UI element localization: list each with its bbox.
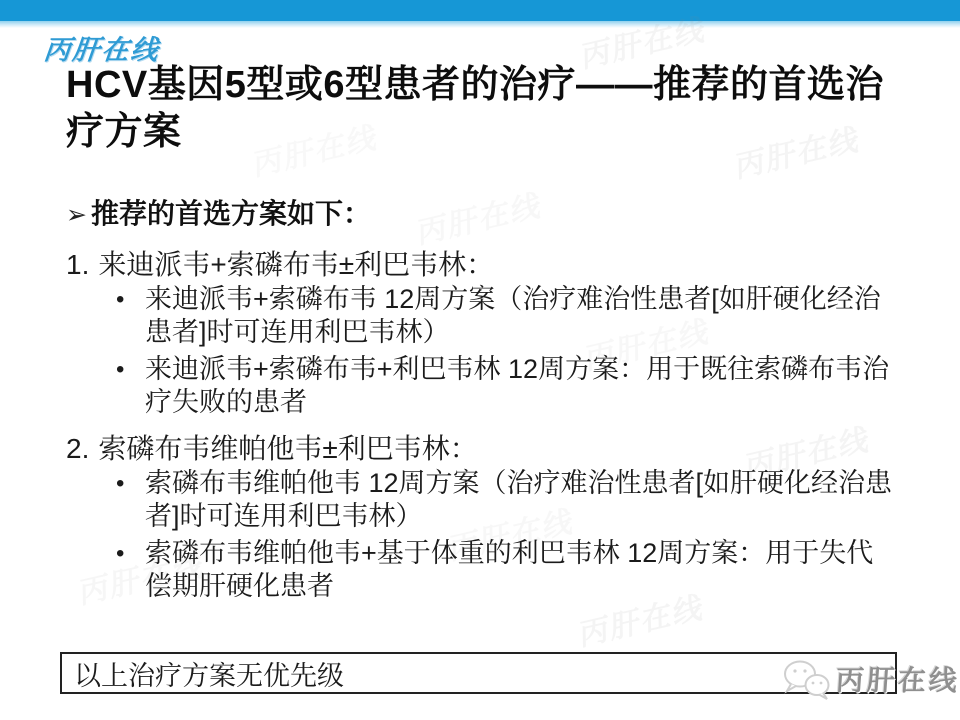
bullet-icon: • bbox=[116, 353, 145, 386]
list-item: • 索磷布韦维帕他韦 12周方案（治疗难治性患者[如肝硬化经治患者]时可连用利巴… bbox=[116, 467, 893, 533]
list-item: • 索磷布韦维帕他韦+基于体重的利巴韦林 12周方案：用于失代偿期肝硬化患者 bbox=[116, 537, 893, 603]
arrowhead-bullet-icon: ➢ bbox=[66, 201, 87, 229]
group-2-title: 2.索磷布韦维帕他韦±利巴韦林： bbox=[66, 427, 478, 467]
watermark-text: 丙肝在线 bbox=[417, 179, 543, 253]
top-bar bbox=[0, 0, 960, 21]
wechat-icon bbox=[782, 658, 832, 700]
bullet-icon: • bbox=[116, 537, 145, 570]
top-bar-gradient bbox=[0, 21, 960, 28]
bullet-icon: • bbox=[116, 283, 145, 316]
slide-title: HCV基因5型或6型患者的治疗——推荐的首选治疗方案 bbox=[66, 62, 912, 156]
list-item: • 来迪派韦+索磷布韦 12周方案（治疗难治性患者[如肝硬化经治患者]时可连用利… bbox=[116, 283, 893, 349]
group-1-title: 1.来迪派韦+索磷布韦±利巴韦林： bbox=[66, 243, 494, 283]
footer-logo: 丙肝在线 bbox=[782, 658, 960, 700]
group-1-number: 1. bbox=[66, 249, 89, 280]
intro-text: 推荐的首选方案如下： bbox=[91, 198, 371, 229]
presentation-slide: 丙肝在线 丙肝在线 丙肝在线 丙肝在线 丙肝在线 丙肝在线 丙肝在线 丙肝在线 … bbox=[0, 0, 960, 720]
group-2-number: 2. bbox=[66, 433, 89, 464]
group-2-title-text: 索磷布韦维帕他韦±利巴韦林： bbox=[98, 433, 477, 464]
footnote-text: 以上治疗方案无优先级 bbox=[62, 654, 344, 693]
list-item-text: 索磷布韦维帕他韦+基于体重的利巴韦林 12周方案：用于失代偿期肝硬化患者 bbox=[145, 537, 893, 603]
intro-line: ➢推荐的首选方案如下： bbox=[66, 192, 371, 232]
bullet-icon: • bbox=[116, 467, 145, 500]
list-item: • 来迪派韦+索磷布韦+利巴韦林 12周方案：用于既往索磷布韦治疗失败的患者 bbox=[116, 353, 893, 419]
footnote-box: 以上治疗方案无优先级 bbox=[60, 652, 897, 694]
list-item-text: 来迪派韦+索磷布韦+利巴韦林 12周方案：用于既往索磷布韦治疗失败的患者 bbox=[145, 353, 893, 419]
group-1-title-text: 来迪派韦+索磷布韦±利巴韦林： bbox=[98, 249, 494, 280]
list-item-text: 来迪派韦+索磷布韦 12周方案（治疗难治性患者[如肝硬化经治患者]时可连用利巴韦… bbox=[145, 283, 893, 349]
list-item-text: 索磷布韦维帕他韦 12周方案（治疗难治性患者[如肝硬化经治患者]时可连用利巴韦林… bbox=[145, 467, 893, 533]
footer-logo-text: 丙肝在线 bbox=[835, 659, 960, 699]
